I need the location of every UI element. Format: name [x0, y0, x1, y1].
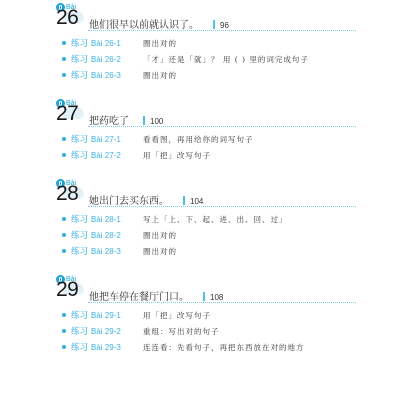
bullet-icon: [62, 73, 66, 77]
page-number: 108: [210, 293, 223, 302]
exercise-description: 用「把」改写句子: [143, 150, 211, 161]
exercise-code: Bài 29-1: [91, 311, 143, 320]
exercise-list: 练习 Bài 28-1 写上「上、下、起、进、出、回、过」 练习 Bài 28-…: [62, 211, 288, 259]
exercise-item[interactable]: 练习 Bài 29-2 重组：写出对的句子: [62, 323, 305, 339]
exercise-label: 练习: [71, 341, 88, 353]
exercise-label: 练习: [71, 133, 88, 145]
exercise-label: 练习: [71, 309, 88, 321]
lesson-number: 29: [56, 279, 78, 301]
exercise-item[interactable]: 练习 Bài 28-2 圈出对的: [62, 227, 288, 243]
page-marker-icon: [143, 116, 145, 125]
bullet-icon: [62, 345, 66, 349]
exercise-label: 练习: [71, 229, 88, 241]
bullet-icon: [62, 249, 66, 253]
page-marker-icon: [213, 20, 215, 29]
lesson-header: Bài 26 他们很早以前就认识了。96: [56, 2, 356, 32]
lesson-title[interactable]: 他把车停在餐厅门口。108: [89, 288, 223, 303]
exercise-description: 连连看：先看句子，再把东西放在对的地方: [143, 342, 305, 353]
divider: [88, 206, 356, 207]
exercise-item[interactable]: 练习 Bài 26-2 「才」还是「就」？ 用 ( ) 里的词完成句子: [62, 51, 309, 67]
exercise-description: 圈出对的: [143, 70, 177, 81]
lesson-header: Bài 29 他把车停在餐厅门口。108: [56, 274, 356, 304]
exercise-code: Bài 26-1: [91, 39, 143, 48]
exercise-code: Bài 28-2: [91, 231, 143, 240]
exercise-description: 用「把」改写句子: [143, 310, 211, 321]
exercise-item[interactable]: 练习 Bài 29-1 用「把」改写句子: [62, 307, 305, 323]
lesson-number: 28: [56, 183, 78, 205]
bullet-icon: [62, 233, 66, 237]
page-number: 104: [190, 197, 203, 206]
lesson-title[interactable]: 把药吃了100: [89, 112, 163, 127]
divider: [88, 302, 356, 303]
lesson-title[interactable]: 她出门去买东西。104: [89, 192, 203, 207]
exercise-description: 重组：写出对的句子: [143, 326, 220, 337]
exercise-label: 练习: [71, 149, 88, 161]
lesson-number: 26: [56, 7, 78, 29]
page-number: 100: [150, 117, 163, 126]
exercise-list: 练习 Bài 27-1 看看图，再用给你的词写句子 练习 Bài 27-2 用「…: [62, 131, 254, 163]
exercise-code: Bài 29-2: [91, 327, 143, 336]
exercise-description: 圈出对的: [143, 38, 177, 49]
lesson-29: Bài 29 他把车停在餐厅门口。108 练习 Bài 29-1 用「把」改写句…: [56, 274, 356, 304]
page-marker-icon: [183, 196, 185, 205]
bullet-icon: [62, 41, 66, 45]
exercise-code: Bài 29-3: [91, 343, 143, 352]
exercise-code: Bài 27-1: [91, 135, 143, 144]
bullet-icon: [62, 57, 66, 61]
exercise-item[interactable]: 练习 Bài 27-2 用「把」改写句子: [62, 147, 254, 163]
exercise-item[interactable]: 练习 Bài 28-3 圈出对的: [62, 243, 288, 259]
bullet-icon: [62, 217, 66, 221]
lesson-28: Bài 28 她出门去买东西。104 练习 Bài 28-1 写上「上、下、起、…: [56, 178, 356, 208]
page-marker-icon: [203, 292, 205, 301]
bullet-icon: [62, 137, 66, 141]
exercise-code: Bài 26-3: [91, 71, 143, 80]
lesson-title[interactable]: 他们很早以前就认识了。96: [89, 16, 229, 31]
exercise-code: Bài 28-1: [91, 215, 143, 224]
bullet-icon: [62, 329, 66, 333]
exercise-label: 练习: [71, 325, 88, 337]
exercise-label: 练习: [71, 245, 88, 257]
bullet-icon: [62, 313, 66, 317]
exercise-label: 练习: [71, 53, 88, 65]
exercise-item[interactable]: 练习 Bài 27-1 看看图，再用给你的词写句子: [62, 131, 254, 147]
exercise-list: 练习 Bài 26-1 圈出对的 练习 Bài 26-2 「才」还是「就」？ 用…: [62, 35, 309, 83]
divider: [88, 126, 356, 127]
lesson-26: Bài 26 他们很早以前就认识了。96 练习 Bài 26-1 圈出对的 练习…: [56, 2, 356, 32]
exercise-label: 练习: [71, 213, 88, 225]
exercise-item[interactable]: 练习 Bài 26-3 圈出对的: [62, 67, 309, 83]
lesson-number: 27: [56, 103, 78, 125]
exercise-item[interactable]: 练习 Bài 28-1 写上「上、下、起、进、出、回、过」: [62, 211, 288, 227]
exercise-description: 圈出对的: [143, 230, 177, 241]
exercise-description: 「才」还是「就」？ 用 ( ) 里的词完成句子: [143, 54, 309, 65]
divider: [88, 30, 356, 31]
exercise-description: 写上「上、下、起、进、出、回、过」: [143, 214, 288, 225]
bullet-icon: [62, 153, 66, 157]
exercise-label: 练习: [71, 69, 88, 81]
exercise-code: Bài 26-2: [91, 55, 143, 64]
lesson-header: Bài 28 她出门去买东西。104: [56, 178, 356, 208]
exercise-item[interactable]: 练习 Bài 29-3 连连看：先看句子，再把东西放在对的地方: [62, 339, 305, 355]
exercise-description: 圈出对的: [143, 246, 177, 257]
exercise-label: 练习: [71, 37, 88, 49]
exercise-item[interactable]: 练习 Bài 26-1 圈出对的: [62, 35, 309, 51]
exercise-description: 看看图，再用给你的词写句子: [143, 134, 254, 145]
lesson-header: Bài 27 把药吃了100: [56, 98, 356, 128]
page-number: 96: [220, 21, 229, 30]
exercise-list: 练习 Bài 29-1 用「把」改写句子 练习 Bài 29-2 重组：写出对的…: [62, 307, 305, 355]
exercise-code: Bài 27-2: [91, 151, 143, 160]
lesson-27: Bài 27 把药吃了100 练习 Bài 27-1 看看图，再用给你的词写句子…: [56, 98, 356, 128]
exercise-code: Bài 28-3: [91, 247, 143, 256]
